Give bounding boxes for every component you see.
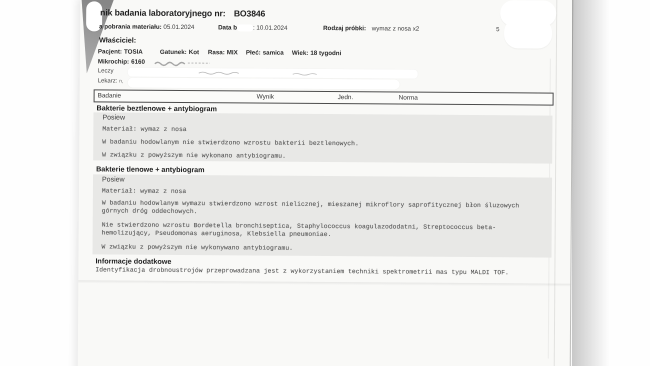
redaction-scribble bbox=[292, 72, 322, 77]
result-line: Nie stwierdzono wzrostu Bordetella bronc… bbox=[102, 221, 526, 240]
section-aerobic-subtitle: Posiew bbox=[102, 176, 125, 183]
column-wynik: Wynik bbox=[257, 92, 274, 103]
additional-info-text: Identyfikacja drobnoustrojów przeprowadz… bbox=[95, 266, 509, 276]
patient-sex-label: Płeć: bbox=[246, 49, 261, 56]
result-line: Materiał: wymaz z nosa bbox=[102, 125, 186, 133]
patient-age: Wiek:18 tygodni bbox=[292, 50, 341, 57]
page-drop-shadow bbox=[572, 0, 620, 366]
redaction-blob bbox=[504, 18, 552, 48]
sample-type-value: wymaz z nosa x2 bbox=[372, 25, 420, 32]
collection-date: a pobrania materiału: 05.01.2024 bbox=[99, 23, 194, 31]
scan-background: nik badania laboratoryjnego nr: BO3846 a… bbox=[0, 0, 650, 366]
attending-label: Leczy bbox=[98, 68, 114, 74]
patient-name-value: TOSIA bbox=[124, 49, 143, 56]
result-line: W badaniu hodowlanym nie stwierdzono wzr… bbox=[102, 138, 359, 147]
doctor-visible-text: n, bbox=[119, 79, 123, 85]
column-badanie: Badanie bbox=[98, 90, 122, 101]
column-jedn: Jedn. bbox=[338, 92, 354, 103]
patient-breed: Rasa:MIX bbox=[208, 49, 238, 56]
column-norma: Norma bbox=[399, 93, 418, 104]
patient-age-label: Wiek: bbox=[292, 50, 309, 57]
section-anaerobic-block: Posiew Materiał: wymaz z nosa W badaniu … bbox=[93, 112, 552, 163]
section-aerobic-block: Posiew Materiał: wymaz z nosa W badaniu … bbox=[93, 174, 553, 257]
patient-sex: Płeć:samica bbox=[246, 49, 284, 56]
patient-species-value: Kot bbox=[189, 49, 199, 56]
patient-age-value: 18 tygodni bbox=[310, 50, 341, 57]
redaction-blob bbox=[128, 78, 400, 90]
sample-type: Rodzaj próbki: wymaz z nosa x2 bbox=[323, 25, 419, 33]
crease-line bbox=[78, 280, 570, 286]
section-aerobic-title: Bakterie tlenowe + antybiogram bbox=[96, 164, 205, 174]
exam-date-label: Data b bbox=[218, 24, 237, 31]
microchip-label: Mikrochip: bbox=[98, 58, 129, 65]
result-line: W związku z powyższym nie wykonywano ant… bbox=[102, 243, 293, 251]
patient-breed-value: MIX bbox=[227, 49, 238, 56]
result-line: W badaniu hodowlanym wymazu stwierdzono … bbox=[102, 199, 526, 218]
patient-breed-label: Rasa: bbox=[208, 49, 225, 56]
report-title-row: nik badania laboratoryjnego nr: BO3846 bbox=[100, 7, 265, 18]
patient-name-label: Pacjent: bbox=[98, 48, 122, 55]
doctor-label: Lekarz: bbox=[98, 78, 118, 84]
result-line: Materiał: wymaz z nosa bbox=[102, 187, 186, 195]
exam-date: Data b: 10.01.2024 bbox=[218, 24, 287, 32]
collection-date-value: 05.01.2024 bbox=[163, 24, 194, 31]
redaction-scribble bbox=[198, 70, 246, 76]
page-edge-line bbox=[554, 0, 558, 366]
patient-sex-value: samica bbox=[263, 50, 284, 57]
report-number: BO3846 bbox=[234, 8, 265, 18]
doctor-row: Lekarz: n, bbox=[98, 78, 124, 84]
document-page: nik badania laboratoryjnego nr: BO3846 a… bbox=[78, 0, 574, 366]
exam-date-value: : 10.01.2024 bbox=[253, 25, 287, 32]
result-line: W związku z powyższym nie wykonano antyb… bbox=[102, 151, 286, 159]
redaction-scribble bbox=[154, 60, 212, 67]
report-title: nik badania laboratoryjnego nr: bbox=[100, 7, 225, 18]
page-number: 5 bbox=[496, 27, 499, 33]
patient-species: Gatunek:Kot bbox=[160, 49, 199, 56]
sample-type-label: Rodzaj próbki: bbox=[323, 25, 366, 32]
patient-species-label: Gatunek: bbox=[160, 49, 187, 56]
microchip-row: Mikrochip:6160 bbox=[98, 58, 145, 65]
redaction-blob bbox=[237, 24, 253, 31]
owner-heading: Właściciel: bbox=[99, 35, 136, 44]
additional-info-title: Informacje dodatkowe bbox=[95, 256, 171, 266]
microchip-value: 6160 bbox=[131, 59, 145, 66]
patient-name: Pacjent:TOSIA bbox=[98, 48, 143, 55]
collection-date-label: a pobrania materiału: bbox=[99, 23, 162, 30]
section-anaerobic-subtitle: Posiew bbox=[102, 114, 125, 121]
